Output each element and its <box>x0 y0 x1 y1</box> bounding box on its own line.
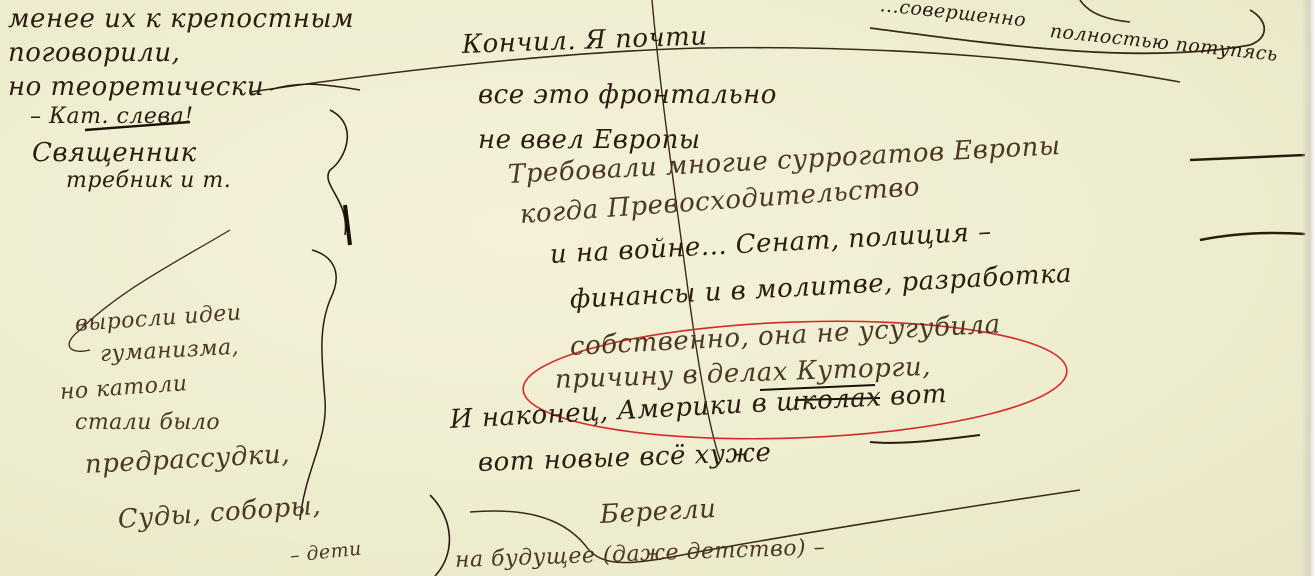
left-line-2: поговорили, <box>8 38 180 68</box>
left-line-10: стали было <box>75 410 220 435</box>
left-line-4: – Кат. слева! <box>30 104 194 129</box>
manuscript-page: менее их к крепостным поговорили, но тео… <box>0 0 1315 576</box>
main-line-12: Берегли <box>599 494 717 530</box>
main-line-2: все это фронтально <box>478 80 777 110</box>
left-line-3: но теоретически <box>8 72 264 102</box>
left-line-5: Священник <box>32 138 197 168</box>
left-line-1: менее их к крепостным <box>8 4 354 34</box>
main-line-3: не ввел Европы <box>478 125 701 155</box>
left-line-6: требник и т. <box>66 168 231 193</box>
